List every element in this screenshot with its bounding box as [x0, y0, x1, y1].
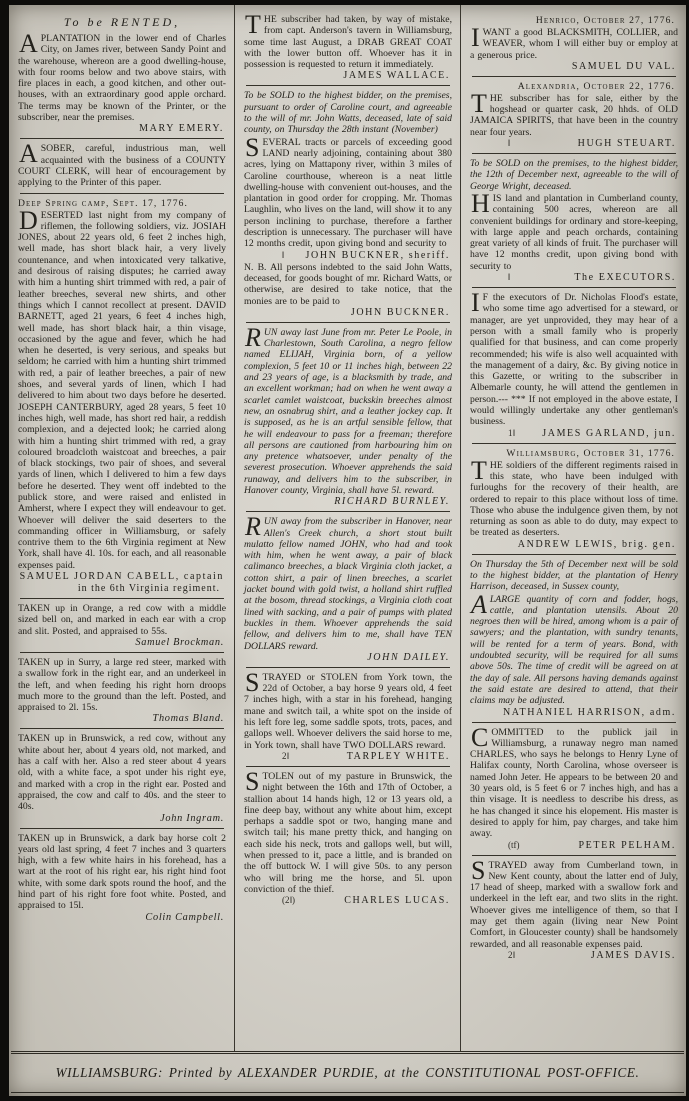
ad-intro: To be SOLD on the premises, to the highe… — [470, 158, 678, 192]
ad-signature: JAMES DAVIS. — [591, 950, 678, 961]
ad-signature: JOHN BUCKNER. — [351, 307, 452, 318]
columns: To be RENTED, A PLANTATION in the lower … — [9, 5, 686, 1051]
ad-signature: JAMES WALLACE. — [343, 70, 452, 81]
ad-divider — [472, 443, 676, 444]
signature-line: RICHARD BURNLEY. — [244, 496, 452, 507]
ad-runaway-elijah: RUN away last June from mr. Peter Le Poo… — [244, 327, 452, 507]
signature-line: SAMUEL JORDAN CABELL, captain — [18, 571, 226, 582]
ad-divider — [20, 598, 224, 599]
ad-divider — [472, 855, 676, 856]
ad-signature-2: in the 6th Virginia regiment. — [18, 583, 226, 594]
ad-body: SEVERAL tracts or parcels of exceeding g… — [244, 137, 452, 250]
reference-mark: 1‖ — [508, 428, 515, 438]
signature-line: 1‖ JAMES GARLAND, jun. — [470, 428, 678, 439]
ad-wright-plantation-sale: To be SOLD on the premises, to the highe… — [470, 158, 678, 283]
ad-stolen-stallion: STOLEN out of my pasture in Brunswick, t… — [244, 771, 452, 906]
ad-taken-brunswick-cow: TAKEN up in Brunswick, a red cow, withou… — [18, 733, 226, 823]
ad-taken-orange: TAKEN up in Orange, a red cow with a mid… — [18, 603, 226, 648]
ad-divider — [246, 766, 450, 767]
signature-line: (tf) PETER PELHAM. — [470, 840, 678, 851]
ad-committed-charles: COMMITTED to the publick jail in William… — [470, 727, 678, 851]
signature-line: (2‖) CHARLES LUCAS. — [244, 895, 452, 906]
ad-divider — [20, 138, 224, 139]
ad-strayed-sheep: STRAYED away from Cumberland town, in Ne… — [470, 860, 678, 961]
ad-signature: SAMUEL DU VAL. — [572, 61, 678, 72]
ad-signature: JOHN DAILEY. — [367, 652, 452, 663]
ad-divider — [472, 722, 676, 723]
signature-line: John Ingram. — [18, 813, 226, 824]
ad-want-blacksmith: Henrico, October 27, 1776. I WANT a good… — [470, 15, 678, 72]
reference-mark: 2‖ — [282, 751, 289, 761]
ad-strayed-stolen-horse: STRAYED or STOLEN from York town, the 22… — [244, 672, 452, 762]
reference-mark: (2‖) — [282, 895, 295, 905]
ad-signature: NATHANIEL HARRISON, adm. — [503, 707, 678, 718]
ad-body: COMMITTED to the publick jail in William… — [470, 727, 678, 840]
column-3: Henrico, October 27, 1776. I WANT a good… — [460, 5, 686, 1051]
ad-soldiers-furlough: Williamsburg, October 31, 1776. THE sold… — [470, 448, 678, 550]
reference-mark: ‖ — [282, 250, 285, 260]
signature-line: SAMUEL DU VAL. — [470, 61, 678, 72]
reference-mark: (tf) — [508, 840, 520, 850]
signature-line: Thomas Bland. — [18, 713, 226, 724]
signature-line: NATHANIEL HARRISON, adm. — [470, 707, 678, 718]
ad-note: N. B. All persons indebted to the said J… — [244, 262, 452, 307]
ad-body: TAKEN up in Brunswick, a red cow, withou… — [18, 733, 226, 812]
ad-signature: Samuel Brockman. — [135, 637, 226, 648]
ad-divider — [472, 287, 676, 288]
ad-divider — [246, 322, 450, 323]
column-1: To be RENTED, A PLANTATION in the lower … — [9, 5, 234, 1051]
ad-dateline: Alexandria, October 22, 1776. — [470, 81, 678, 92]
ad-body: THE subscriber has for sale, either by t… — [470, 93, 678, 138]
ad-divider — [472, 153, 676, 154]
ad-signature: JOHN BUCKNER, sheriff. — [306, 250, 452, 261]
signature-line: ‖ HUGH STEUART. — [470, 138, 678, 149]
imprint-bar: WILLIAMSBURG: Printed by ALEXANDER PURDI… — [11, 1051, 684, 1093]
ad-intro: To be SOLD to the highest bidder, on the… — [244, 90, 452, 135]
ad-divider — [20, 193, 224, 194]
ad-harrison-estate-sale: On Thursday the 5th of December next wil… — [470, 559, 678, 718]
ad-divider — [472, 554, 676, 555]
newspaper-page: To be RENTED, A PLANTATION in the lower … — [9, 5, 686, 1096]
ad-divider — [246, 667, 450, 668]
ad-signature: Colin Campbell. — [145, 912, 226, 923]
ad-body: STRAYED or STOLEN from York town, the 22… — [244, 672, 452, 751]
ad-signature: Thomas Bland. — [153, 713, 226, 724]
ad-body: TAKEN up in Brunswick, a dark bay horse … — [18, 833, 226, 912]
ad-divider — [246, 85, 450, 86]
signature-line: Samuel Brockman. — [18, 637, 226, 648]
ad-signature: MARY EMERY. — [139, 123, 226, 134]
ad-flood-estate-steward: IF the executors of Dr. Nicholas Flood's… — [470, 292, 678, 439]
ad-signature: ANDREW LEWIS, brig. gen. — [518, 539, 678, 550]
signature-line: 2‖ JAMES DAVIS. — [470, 950, 678, 961]
ad-signature: CHARLES LUCAS. — [344, 895, 452, 906]
ad-body: TAKEN up in Orange, a red cow with a mid… — [18, 603, 226, 637]
ad-signature: RICHARD BURNLEY. — [334, 496, 452, 507]
ad-jamaica-spirits: Alexandria, October 22, 1776. THE subscr… — [470, 81, 678, 149]
ad-divider — [472, 76, 676, 77]
ad-body: STOLEN out of my pasture in Brunswick, t… — [244, 771, 452, 895]
ad-deserted-riflemen: Deep Spring camp, Sept. 17, 1776. DESERT… — [18, 198, 226, 595]
signature-line: ‖ JOHN BUCKNER, sheriff. — [244, 250, 452, 261]
ad-caroline-land-sale: To be SOLD to the highest bidder, on the… — [244, 90, 452, 317]
ad-runaway-john: RUN away from the subscriber in Hanover,… — [244, 516, 452, 663]
ad-signature: HUGH STEUART. — [578, 138, 678, 149]
ad-body: A PLANTATION in the lower end of Charles… — [18, 33, 226, 123]
ad-body: STRAYED away from Cumberland town, in Ne… — [470, 860, 678, 950]
ad-body: TAKEN up in Surry, a large red steer, ma… — [18, 657, 226, 713]
ad-heading: To be RENTED, — [18, 15, 226, 30]
ad-signature: JAMES GARLAND, jun. — [542, 428, 678, 439]
signature-line: JAMES WALLACE. — [244, 70, 452, 81]
ad-divider — [20, 652, 224, 653]
ad-divider — [246, 511, 450, 512]
signature-line: ‖ The EXECUTORS. — [470, 272, 678, 283]
imprint-line: WILLIAMSBURG: Printed by ALEXANDER PURDI… — [56, 1065, 640, 1081]
ad-signature: SAMUEL JORDAN CABELL, captain — [20, 571, 226, 582]
ad-body: I WANT a good BLACKSMITH, COLLIER, and W… — [470, 27, 678, 61]
reference-mark: ‖ — [508, 272, 511, 282]
ad-signature: TARPLEY WHITE. — [347, 751, 452, 762]
column-2: THE subscriber had taken, by way of mist… — [234, 5, 460, 1051]
ad-signature: John Ingram. — [160, 813, 226, 824]
ad-intro: On Thursday the 5th of December next wil… — [470, 559, 678, 593]
ad-body: RUN away last June from mr. Peter Le Poo… — [244, 327, 452, 496]
ad-county-court-clerk: A SOBER, careful, industrious man, well … — [18, 143, 226, 188]
signature-line: MARY EMERY. — [18, 123, 226, 134]
ad-rented-plantation: To be RENTED, A PLANTATION in the lower … — [18, 15, 226, 134]
signature-line: JOHN DAILEY. — [244, 652, 452, 663]
signature-line: 2‖ TARPLEY WHITE. — [244, 751, 452, 762]
ad-dateline: Williamsburg, October 31, 1776. — [470, 448, 678, 459]
ad-dateline: Henrico, October 27, 1776. — [470, 15, 678, 26]
ad-body: THE soldiers of the different regiments … — [470, 460, 678, 539]
reference-mark: ‖ — [508, 138, 511, 148]
ad-dateline: Deep Spring camp, Sept. 17, 1776. — [18, 198, 226, 209]
signature-line: JOHN BUCKNER. — [244, 307, 452, 318]
ad-divider — [20, 828, 224, 829]
ad-body: THE subscriber had taken, by way of mist… — [244, 14, 452, 70]
ad-signature: PETER PELHAM. — [579, 840, 678, 851]
ad-great-coat: THE subscriber had taken, by way of mist… — [244, 14, 452, 81]
ad-body: A LARGE quantity of corn and fodder, hog… — [470, 594, 678, 707]
ad-body: IF the executors of Dr. Nicholas Flood's… — [470, 292, 678, 428]
ad-body: DESERTED last night from my company of r… — [18, 210, 226, 572]
signature-line: Colin Campbell. — [18, 912, 226, 923]
ad-taken-brunswick-colt: TAKEN up in Brunswick, a dark bay horse … — [18, 833, 226, 923]
ad-taken-surry: TAKEN up in Surry, a large red steer, ma… — [18, 657, 226, 724]
signature-line: ANDREW LEWIS, brig. gen. — [470, 539, 678, 550]
ad-signature: The EXECUTORS. — [574, 272, 678, 283]
ad-divider — [20, 728, 224, 729]
ad-body: A SOBER, careful, industrious man, well … — [18, 143, 226, 188]
ad-body: RUN away from the subscriber in Hanover,… — [244, 516, 452, 652]
ad-body: HIS land and plantation in Cumberland co… — [470, 193, 678, 272]
reference-mark: 2‖ — [508, 950, 515, 960]
